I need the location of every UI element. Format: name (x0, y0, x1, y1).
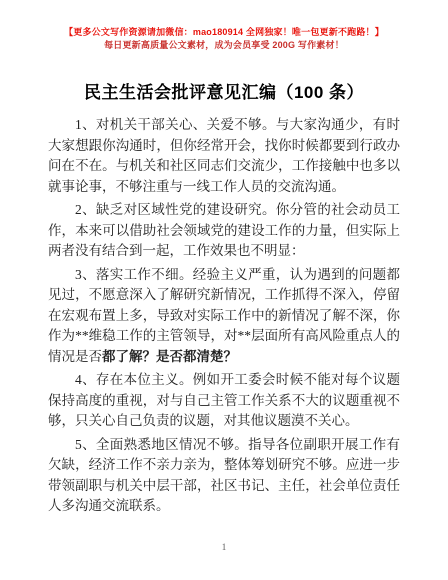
paragraph-text: 1、对机关干部关心、关爱不够。与大家沟通少，有时大家想跟你沟通时，但你经常开会，… (48, 117, 400, 194)
ad-banner: 【更多公文写作资源请加微信：mao180914 全网独家！唯一包更新不跑路！】 … (0, 0, 448, 52)
paragraph-text: 2、缺乏对区域性党的建设研究。你分管的社会动员工作，本来可以借助社会领域党的建设… (48, 202, 400, 258)
paragraph: 5、全面熟悉地区情况不够。指导各位副职开展工作有欠缺，经济工作不亲力亲为，整体筹… (48, 435, 400, 517)
paragraph: 3、落实工作不细。经验主义严重，认为遇到的问题都见过，不愿意深入了解研究新情况，… (48, 265, 400, 368)
paragraph-bold-text: 都了解？是否都清楚？ (102, 349, 237, 364)
paragraph: 1、对机关干部关心、关爱不够。与大家沟通少，有时大家想跟你沟通时，但你经常开会，… (48, 115, 400, 197)
paragraph: 2、缺乏对区域性党的建设研究。你分管的社会动员工作，本来可以借助社会领域党的建设… (48, 200, 400, 262)
page-number: 1 (0, 542, 448, 552)
paragraph-text: 4、存在本位主义。例如开工委会时候不能对每个议题保持高度的重视，对与自己主管工作… (48, 372, 400, 428)
document-page: 【更多公文写作资源请加微信：mao180914 全网独家！唯一包更新不跑路！】 … (0, 0, 448, 580)
document-title: 民主生活会批评意见汇编（100 条） (0, 82, 448, 104)
document-body: 1、对机关干部关心、关爱不够。与大家沟通少，有时大家想跟你沟通时，但你经常开会，… (0, 115, 448, 517)
paragraph: 4、存在本位主义。例如开工委会时候不能对每个议题保持高度的重视，对与自己主管工作… (48, 370, 400, 432)
ad-banner-line-2: 每日更新高质量公文素材，成为会员享受 200G 写作素材！ (0, 39, 448, 52)
ad-banner-line-1: 【更多公文写作资源请加微信：mao180914 全网独家！唯一包更新不跑路！】 (0, 25, 448, 39)
paragraph-text: 5、全面熟悉地区情况不够。指导各位副职开展工作有欠缺，经济工作不亲力亲为，整体筹… (48, 437, 400, 514)
